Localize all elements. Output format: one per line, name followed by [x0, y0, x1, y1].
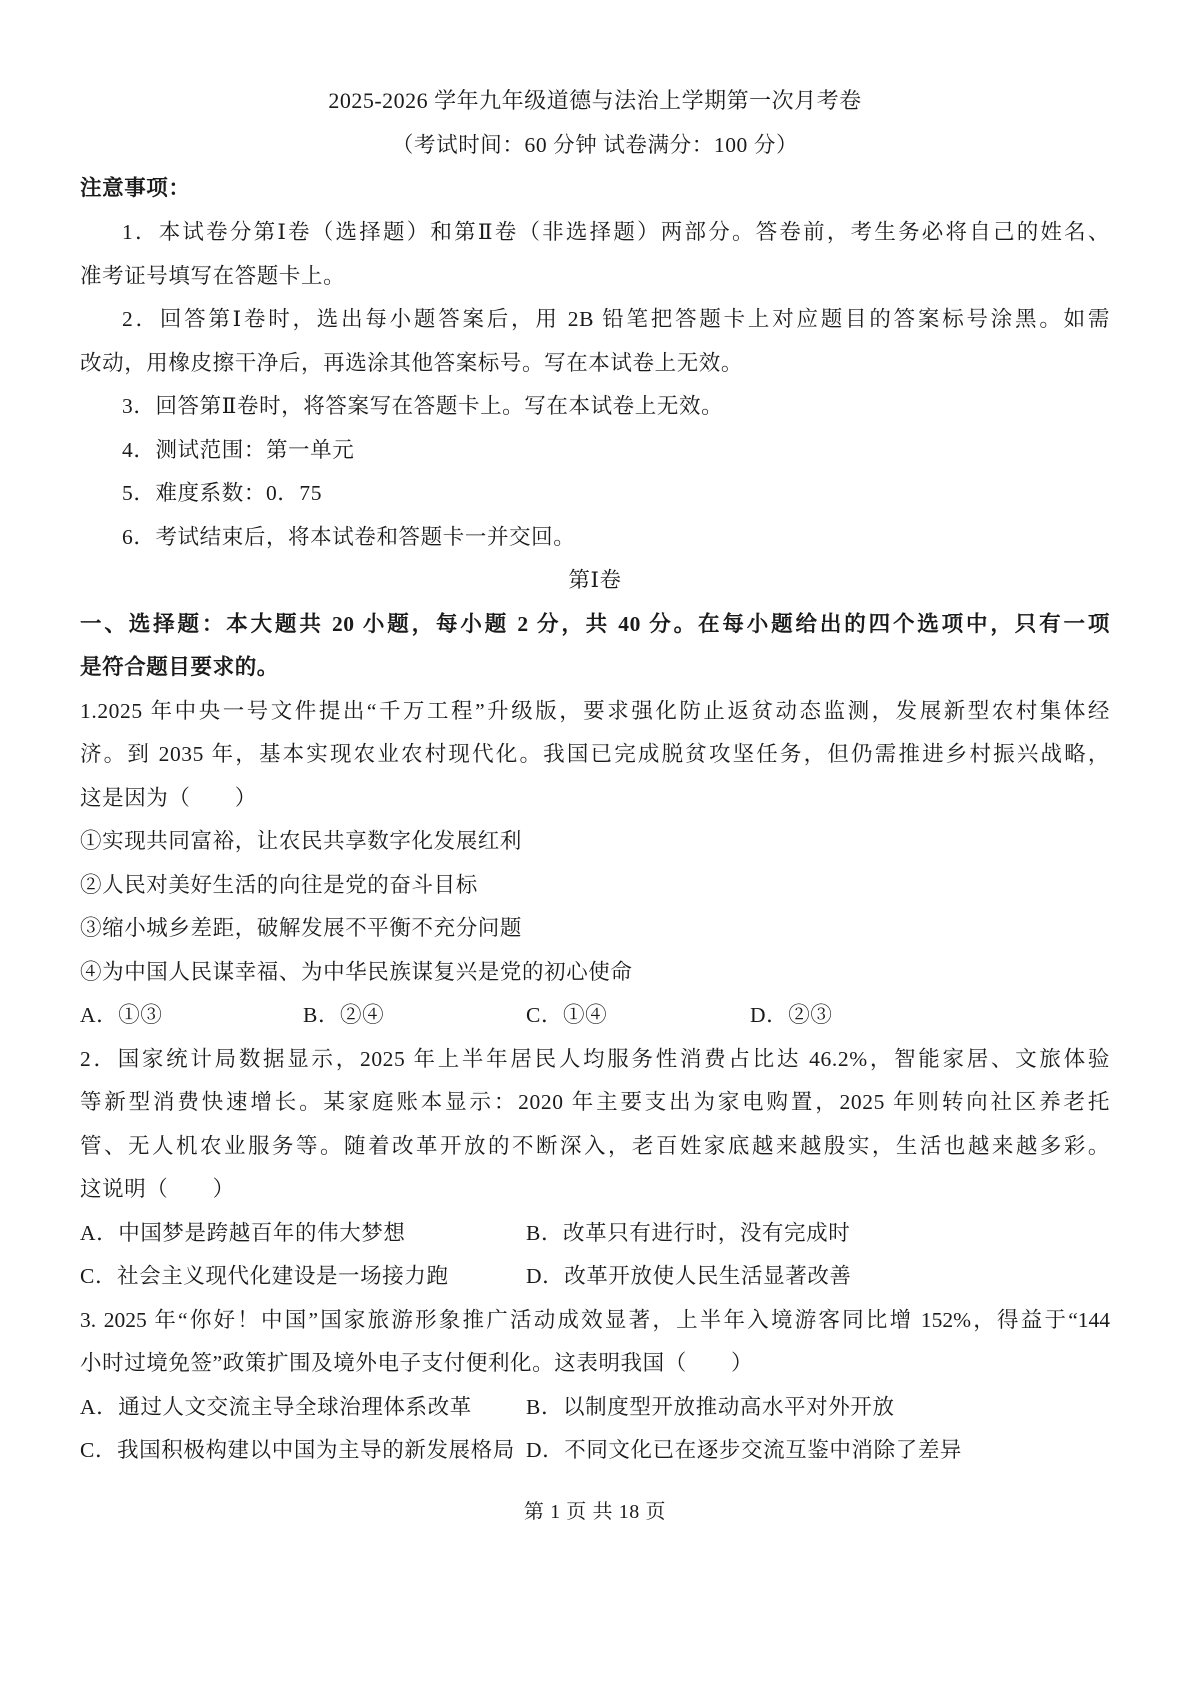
statement-2: ②人民对美好生活的向往是党的奋斗目标	[80, 870, 478, 900]
section-instruction-line-2: 是符合题目要求的。	[80, 652, 279, 682]
question-stem-line: 2．国家统计局数据显示，2025 年上半年居民人均服务性消费占比达 46.2%，…	[80, 1044, 1110, 1074]
section-instruction-line-1: 一、选择题：本大题共 20 小题，每小题 2 分，共 40 分。在每小题给出的四…	[80, 609, 1110, 639]
question-stem-line: 这是因为（ ）	[80, 783, 257, 813]
option-c: C．社会主义现代化建设是一场接力跑	[80, 1261, 449, 1291]
option-d: D．改革开放使人民生活显著改善	[526, 1261, 852, 1291]
option-a: A．通过人文交流主导全球治理体系改革	[80, 1392, 472, 1422]
question-stem-line: 小时过境免签”政策扩围及境外电子支付便利化。这表明我国（ ）	[80, 1348, 753, 1378]
statement-3: ③缩小城乡差距，破解发展不平衡不充分问题	[80, 913, 522, 943]
question-stem-line: 济。到 2035 年，基本实现农业农村现代化。我国已完成脱贫攻坚任务，但仍需推进…	[80, 739, 1110, 769]
notice-heading: 注意事项：	[80, 173, 191, 203]
option-c: C．我国积极构建以中国为主导的新发展格局	[80, 1435, 515, 1465]
question-stem-line: 这说明（ ）	[80, 1174, 235, 1204]
notice-item-3: 3．回答第Ⅱ卷时，将答案写在答题卡上。写在本试卷上无效。	[122, 391, 723, 421]
option-b: B．以制度型开放推动高水平对外开放	[526, 1392, 895, 1422]
exam-subtitle: （考试时间：60 分钟 试卷满分：100 分）	[0, 130, 1190, 160]
exam-page: 2025-2026 学年九年级道德与法治上学期第一次月考卷 （考试时间：60 分…	[0, 0, 1190, 1682]
question-stem-line: 3. 2025 年“你好！中国”国家旅游形象推广活动成效显著，上半年入境游客同比…	[80, 1305, 1110, 1335]
notice-item-5: 5．难度系数：0．75	[122, 478, 322, 508]
question-stem-line: 管、无人机农业服务等。随着改革开放的不断深入，老百姓家底越来越殷实，生活也越来越…	[80, 1131, 1110, 1161]
option-b: B．②④	[303, 1000, 384, 1030]
question-stem-line: 1.2025 年中央一号文件提出“千万工程”升级版，要求强化防止返贫动态监测，发…	[80, 696, 1110, 726]
exam-title: 2025-2026 学年九年级道德与法治上学期第一次月考卷	[0, 86, 1190, 116]
notice-item-4: 4．测试范围：第一单元	[122, 435, 354, 465]
option-c: C．①④	[526, 1000, 607, 1030]
option-d: D．不同文化已在逐步交流互鉴中消除了差异	[526, 1435, 962, 1465]
option-a: A．中国梦是跨越百年的伟大梦想	[80, 1218, 406, 1248]
question-stem-line: 等新型消费快速增长。某家庭账本显示：2020 年主要支出为家电购置，2025 年…	[80, 1087, 1110, 1117]
notice-item-1-line-2: 准考证号填写在答题卡上。	[80, 261, 345, 291]
statement-4: ④为中国人民谋幸福、为中华民族谋复兴是党的初心使命	[80, 957, 633, 987]
notice-item-6: 6．考试结束后，将本试卷和答题卡一并交回。	[122, 522, 575, 552]
option-b: B．改革只有进行时，没有完成时	[526, 1218, 850, 1248]
notice-item-2-line-2: 改动，用橡皮擦干净后，再选涂其他答案标号。写在本试卷上无效。	[80, 348, 743, 378]
option-a: A．①③	[80, 1000, 162, 1030]
notice-item-1-line-1: 1．本试卷分第Ⅰ卷（选择题）和第Ⅱ卷（非选择题）两部分。答卷前，考生务必将自己的…	[122, 217, 1110, 247]
volume-label: 第Ⅰ卷	[0, 565, 1190, 595]
page-indicator: 第 1 页 共 18 页	[0, 1497, 1190, 1527]
statement-1: ①实现共同富裕，让农民共享数字化发展红利	[80, 826, 522, 856]
option-d: D．②③	[750, 1000, 832, 1030]
notice-item-2-line-1: 2．回答第Ⅰ卷时，选出每小题答案后，用 2B 铅笔把答题卡上对应题目的答案标号涂…	[122, 304, 1110, 334]
